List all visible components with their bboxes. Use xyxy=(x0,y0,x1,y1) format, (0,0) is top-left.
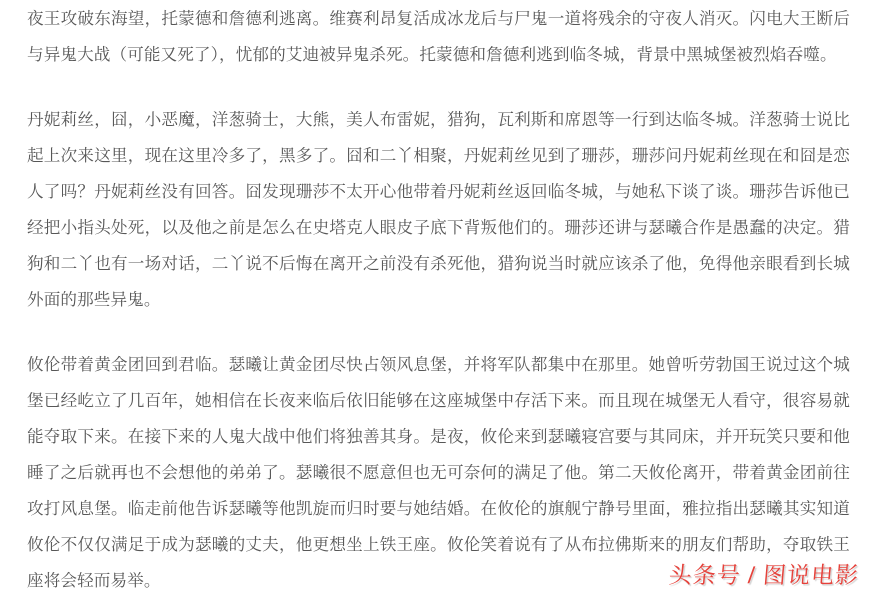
paragraph-winterfell: 丹妮莉丝，囧，小恶魔，洋葱骑士，大熊，美人布雷妮，猎狗，瓦利斯和席恩等一行到达临… xyxy=(27,102,850,318)
paragraph-night-king: 夜王攻破东海望，托蒙德和詹德利逃离。维赛利昂复活成冰龙后与尸鬼一道将残余的守夜人… xyxy=(27,1,850,73)
article: 夜王攻破东海望，托蒙德和詹德利逃离。维赛利昂复活成冰龙后与尸鬼一道将残余的守夜人… xyxy=(0,0,877,595)
watermark: 头条号 / 图说电影 xyxy=(667,557,860,590)
